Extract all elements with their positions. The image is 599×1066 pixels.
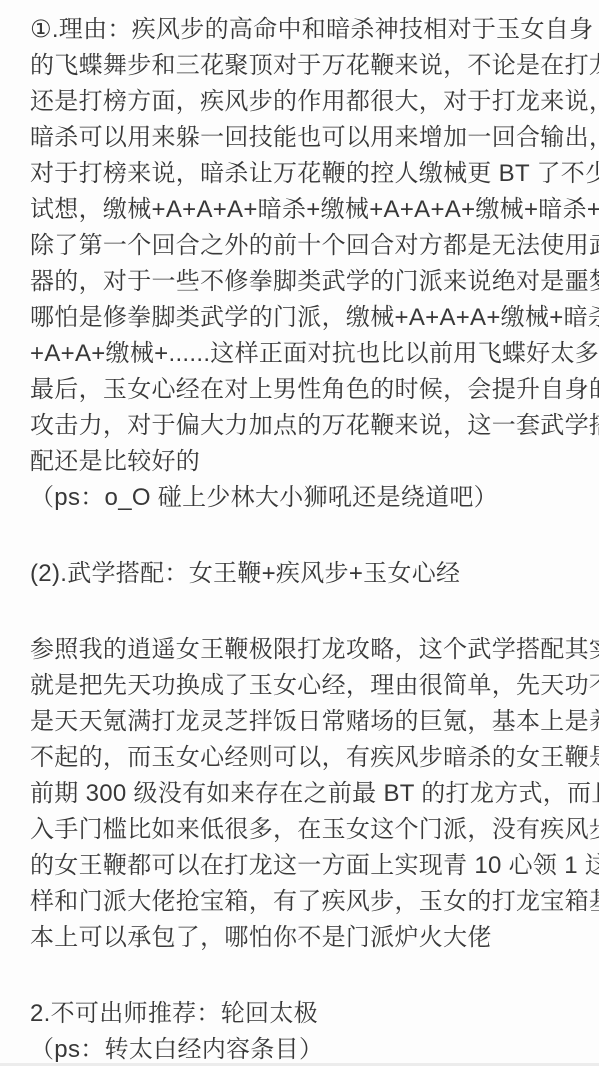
article-body: ①.理由：疾风步的高命中和暗杀神技相对于玉女自身的飞蝶舞步和三花聚顶对于万花鞭来…	[0, 0, 599, 1066]
text-line: 参照我的逍遥女王鞭极限打龙攻略，这个武学搭配其实	[30, 632, 579, 668]
text-line: 哪怕是修拳脚类武学的门派，缴械+A+A+A+缴械+暗杀	[30, 300, 579, 336]
paragraph: (2).武学搭配：女王鞭+疾风步+玉女心经	[30, 556, 579, 592]
paragraph: 2.不可出师推荐：轮回太极（ps：转太白经内容条目）	[30, 996, 579, 1066]
paragraph: 参照我的逍遥女王鞭极限打龙攻略，这个武学搭配其实就是把先天功换成了玉女心经，理由…	[30, 632, 579, 956]
text-line: 就是把先天功换成了玉女心经，理由很简单，先天功不	[30, 668, 579, 704]
text-line: 对于打榜来说，暗杀让万花鞭的控人缴械更 BT 了不少，	[30, 156, 579, 192]
text-line: （ps：转太白经内容条目）	[30, 1032, 579, 1066]
text-line: 除了第一个回合之外的前十个回合对方都是无法使用武	[30, 228, 579, 264]
text-line: 的女王鞭都可以在打龙这一方面上实现青 10 心领 1 这	[30, 848, 579, 884]
text-line: 是天天氪满打龙灵芝拌饭日常赌场的巨氪，基本上是养	[30, 704, 579, 740]
text-line: 还是打榜方面，疾风步的作用都很大，对于打龙来说，	[30, 84, 579, 120]
text-line: 本上可以承包了，哪怕你不是门派炉火大佬	[30, 920, 579, 956]
text-line: ①.理由：疾风步的高命中和暗杀神技相对于玉女自身	[30, 12, 579, 48]
page: { "article": { "paragraphs": [ { "lines"…	[0, 0, 599, 1066]
text-line: (2).武学搭配：女王鞭+疾风步+玉女心经	[30, 556, 579, 592]
text-line: +A+A+缴械+......这样正面对抗也比以前用飞蝶好太多，	[30, 336, 579, 372]
text-line: 入手门槛比如来低很多，在玉女这个门派，没有疾风步	[30, 812, 579, 848]
text-line: 最后，玉女心经在对上男性角色的时候，会提升自身的	[30, 372, 579, 408]
text-line: 前期 300 级没有如来存在之前最 BT 的打龙方式，而且	[30, 776, 579, 812]
text-line: 配还是比较好的	[30, 444, 579, 480]
text-line: 2.不可出师推荐：轮回太极	[30, 996, 579, 1032]
text-line: 暗杀可以用来躲一回技能也可以用来增加一回合输出，	[30, 120, 579, 156]
paragraph: ①.理由：疾风步的高命中和暗杀神技相对于玉女自身的飞蝶舞步和三花聚顶对于万花鞭来…	[30, 12, 579, 516]
text-line: 不起的，而玉女心经则可以，有疾风步暗杀的女王鞭是	[30, 740, 579, 776]
text-line: （ps：o_O 碰上少林大小狮吼还是绕道吧）	[30, 480, 579, 516]
text-line: 的飞蝶舞步和三花聚顶对于万花鞭来说，不论是在打龙	[30, 48, 579, 84]
text-line: 样和门派大佬抢宝箱，有了疾风步，玉女的打龙宝箱基	[30, 884, 579, 920]
text-line: 攻击力，对于偏大力加点的万花鞭来说，这一套武学搭	[30, 408, 579, 444]
text-line: 器的，对于一些不修拳脚类武学的门派来说绝对是噩梦，	[30, 264, 579, 300]
text-line: 试想，缴械+A+A+A+暗杀+缴械+A+A+A+缴械+暗杀+A，	[30, 192, 579, 228]
